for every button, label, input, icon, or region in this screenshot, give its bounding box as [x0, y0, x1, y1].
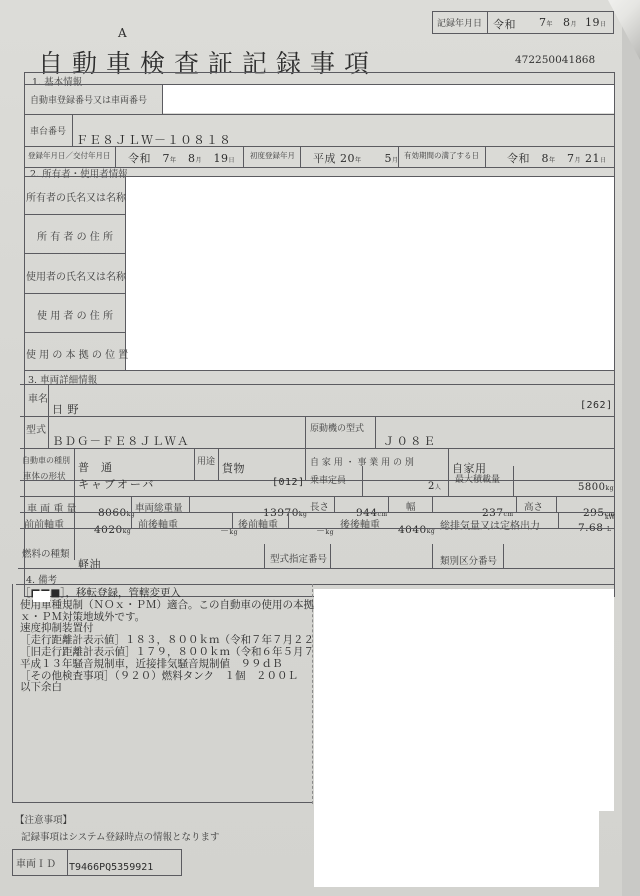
body-shape-code: [012]: [272, 477, 305, 488]
remarks-text: ［■■■］，移転登録，管轄変更入使用車種規制（ＮＯｘ・ＰＭ）適合。この自動車の使…: [20, 588, 346, 694]
registration-date-value: 令和 7年 8月 19日: [128, 150, 235, 166]
model-value: ＢＤＧ－ＦＥ８ＪＬＷＡ: [52, 433, 190, 449]
vehicle-id-label: 車両ＩＤ: [16, 855, 56, 870]
body-shape-label: 車体の形状: [23, 470, 66, 482]
owner-user-info-redacted: [126, 177, 614, 370]
registration-number-label: 自動車登録番号又は車両番号: [30, 93, 147, 106]
engine-model-label: 原動機の型式: [310, 421, 364, 434]
first-registration-value: 平成 20年 5月: [313, 150, 399, 166]
fuel-label: 燃料の種類: [22, 546, 70, 560]
capacity-value: 2人: [428, 481, 441, 492]
record-date-day: 19: [585, 16, 600, 29]
notes-header: 【注意事項】: [15, 812, 72, 826]
rf-axle-value: －kg: [316, 524, 334, 537]
category-label: 類別区分番号: [440, 553, 497, 567]
vehicle-weight-value: 8060kg: [98, 507, 135, 519]
first-registration-label: 初度登録年月: [250, 150, 295, 161]
user-name-label: 使用者の氏名又は名称: [26, 268, 124, 283]
expiry-label: 有効期間の満了する日: [404, 150, 479, 161]
owner-address-label: 所 有 者 の 住 所: [26, 228, 124, 243]
owner-name-label: 所有者の氏名又は名称: [26, 189, 124, 204]
purpose-value: 貨物: [222, 460, 245, 476]
displacement-unit-kw: kW: [605, 514, 615, 521]
car-name-label: 車名: [28, 390, 48, 405]
max-load-value: 5800kg: [578, 482, 614, 493]
record-date-box: 記録年月日 令和 7年 8月 19日: [432, 11, 614, 34]
engine-model-value: Ｊ０８Ｅ: [383, 433, 437, 449]
record-date-year: 7: [539, 16, 547, 29]
fr-axle-value: －kg: [220, 524, 238, 537]
type-designation-label: 型式指定番号: [270, 551, 327, 565]
form-letter: A: [118, 26, 127, 40]
user-address-label: 使 用 者 の 住 所: [26, 307, 124, 322]
height-label: 高さ: [524, 499, 543, 513]
length-label: 長さ: [310, 499, 329, 513]
record-date-era: 令和: [493, 16, 516, 32]
width-label: 幅: [406, 499, 416, 513]
car-name-code: [262]: [580, 400, 613, 411]
model-label: 型式: [26, 421, 46, 436]
base-location-label: 使 用 の 本 拠 の 位 置: [26, 346, 124, 361]
car-name-value: 日 野: [52, 401, 79, 417]
bottom-right-redacted-upper: [314, 589, 614, 811]
notes-text: 記録事項はシステム登録時点の情報となります: [21, 829, 220, 843]
record-date-month: 8: [563, 16, 571, 29]
fuel-value: 軽油: [78, 556, 101, 572]
max-load-label: 最大積載量: [455, 472, 500, 485]
registration-date-label: 登録年月日／交付年月日: [28, 150, 111, 161]
bottom-right-redacted-lower: [314, 780, 599, 887]
serial-number: 472250041868: [515, 54, 595, 66]
section2-header: 2. 所有者・使用者情報: [30, 166, 128, 180]
expiry-value: 令和 8年 7月 21日: [507, 150, 607, 166]
record-date-label: 記録年月日: [437, 16, 482, 29]
vehicle-id-value: T9466PQ5359921: [69, 862, 153, 873]
rr-axle-value: 4040kg: [398, 524, 435, 536]
vehicle-type-value: 普 通: [78, 459, 113, 475]
chassis-number-label: 車台番号: [30, 124, 66, 137]
capacity-label: 乗車定員: [310, 473, 346, 486]
body-shape-value: キャブオーバ: [78, 476, 155, 492]
vehicle-type-label: 自動車の種別: [22, 455, 70, 466]
remarks-redacted-1: [33, 591, 50, 602]
displacement-label: 総排気量又は定格出力: [440, 517, 540, 532]
registration-number-redacted: [163, 85, 614, 113]
ff-axle-value: 4020kg: [94, 524, 131, 536]
purpose-label: 用途: [197, 454, 215, 467]
section1-header: 1. 基本情報: [32, 74, 82, 88]
